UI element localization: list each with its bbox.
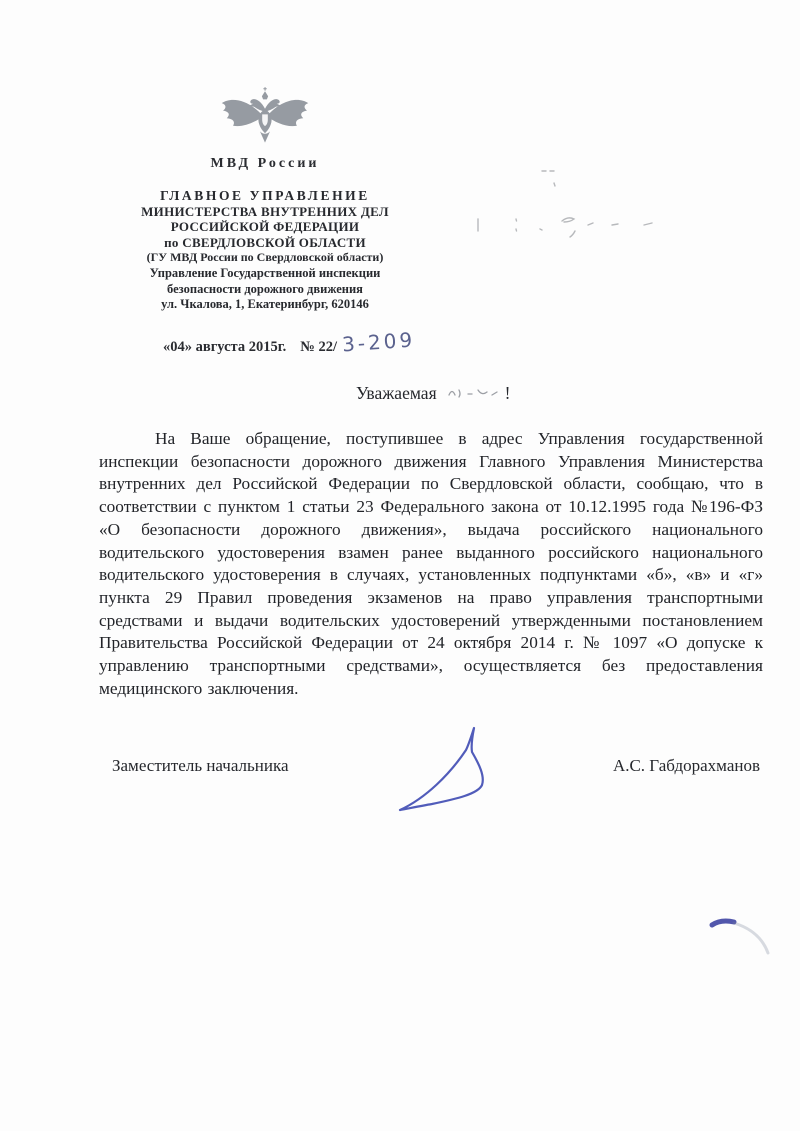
handwritten-letter-number: 3-209 <box>341 327 416 356</box>
mvd-double-headed-eagle-emblem-icon <box>218 84 312 153</box>
letterhead: МВД России ГЛАВНОЕ УПРАВЛЕНИЕ МИНИСТЕРСТ… <box>95 84 435 313</box>
org-line: МИНИСТЕРСТВА ВНУТРЕННИХ ДЕЛ <box>95 204 435 220</box>
letter-number-prefix: № 22/ <box>300 339 337 356</box>
salutation-prefix: Уважаемая <box>356 383 437 403</box>
org-line: Управление Государственной инспекции <box>95 266 435 282</box>
signer-name: А.С. Габдорахманов <box>613 756 760 776</box>
org-short-name: МВД России <box>95 156 435 172</box>
org-line: ГЛАВНОЕ УПРАВЛЕНИЕ <box>95 188 435 204</box>
org-line: безопасности дорожного движения <box>95 282 435 298</box>
blue-ink-mark <box>686 903 796 968</box>
reference-line: «04» августа 2015г. № 22/ 3-209 <box>163 332 415 356</box>
salutation-line: Уважаемая! <box>356 383 510 404</box>
handwritten-signature <box>392 724 510 821</box>
org-line: по СВЕРДЛОВСКОЙ ОБЛАСТИ <box>95 235 435 251</box>
signer-title: Заместитель начальника <box>112 756 289 776</box>
letter-date: «04» августа 2015г. <box>163 339 286 356</box>
org-name-block: ГЛАВНОЕ УПРАВЛЕНИЕ МИНИСТЕРСТВА ВНУТРЕНН… <box>95 188 435 313</box>
letter-body-paragraph: На Ваше обращение, поступившее в адрес У… <box>99 428 763 700</box>
faint-ink-marks <box>466 163 696 278</box>
scanned-letter-page: МВД России ГЛАВНОЕ УПРАВЛЕНИЕ МИНИСТЕРСТ… <box>0 0 800 1131</box>
org-line: (ГУ МВД России по Свердловской области) <box>95 250 435 266</box>
blurred-name-marks <box>445 383 503 404</box>
org-address-line: ул. Чкалова, 1, Екатеринбург, 620146 <box>95 297 435 313</box>
org-line: РОССИЙСКОЙ ФЕДЕРАЦИИ <box>95 219 435 235</box>
salutation-suffix: ! <box>505 383 511 403</box>
